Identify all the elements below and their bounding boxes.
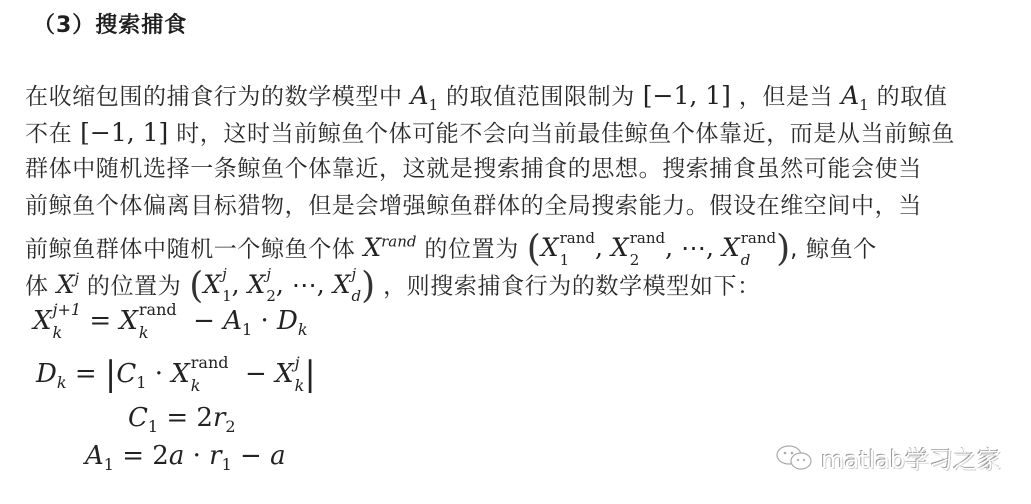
paragraph-line-1: 在收缩包围的捕食行为的数学模型中 A1 的取值范围限制为 [−1, 1] ，但是… xyxy=(25,78,1025,115)
math-rand-vector: (Xrand1, Xrand2, ⋯, Xrandd) xyxy=(527,233,790,262)
wechat-icon xyxy=(775,443,815,473)
equation-4: A1 = 2a · r1 − a xyxy=(85,441,286,474)
math-A1: A1 xyxy=(411,81,439,110)
text-segment: 体 xyxy=(25,273,57,299)
watermark: matlab学习之家 xyxy=(775,440,1001,475)
text-segment: 的位置为 xyxy=(417,236,527,262)
paragraph-line-5: 前鲸鱼群体中随机一个鲸鱼个体 Xrand 的位置为 (Xrand1, Xrand… xyxy=(25,224,1025,261)
paragraph-line-2: 不在 [−1, 1] 时，这时当前鲸鱼个体可能不会向当前最佳鲸鱼个体靠近，而是从… xyxy=(25,115,1025,152)
math-Xj: Xj xyxy=(57,270,79,299)
text-segment: 在收缩包围的捕食行为的数学模型中 xyxy=(25,84,411,110)
text-segment: ，则搜索捕食行为的数学模型如下： xyxy=(375,273,761,299)
text-segment: 不在 xyxy=(25,121,80,147)
section-heading: （3）搜索捕食 xyxy=(33,8,187,39)
text-segment: ，但是当 xyxy=(731,84,841,110)
math-interval: [−1, 1] xyxy=(80,118,168,147)
math-j-vector: (Xj1, Xj2, ⋯, Xjd) xyxy=(189,270,375,299)
equation-3: C1 = 2r2 xyxy=(128,403,236,436)
math-A1: A1 xyxy=(841,81,869,110)
math-X-rand: Xrand xyxy=(363,233,416,262)
paragraph-line-4: 前鲸鱼个体偏离目标猎物，但是会增强鲸鱼群体的全局搜索能力。假设在维空间中，当 xyxy=(25,188,1025,225)
watermark-text: matlab学习之家 xyxy=(821,440,1001,475)
text-segment: , 鲸鱼个 xyxy=(790,236,877,262)
paragraph-line-3: 群体中随机选择一条鲸鱼个体靠近，这就是搜索捕食的思想。搜索捕食虽然可能会使当 xyxy=(25,151,1025,188)
text-segment: 的位置为 xyxy=(79,273,189,299)
body-paragraph: 在收缩包围的捕食行为的数学模型中 A1 的取值范围限制为 [−1, 1] ，但是… xyxy=(25,78,1025,297)
text-segment: 时，这时当前鲸鱼个体可能不会向当前最佳鲸鱼个体靠近，而是从当前鲸鱼 xyxy=(168,121,955,147)
paragraph-line-6: 体 Xj 的位置为 (Xj1, Xj2, ⋯, Xjd) ，则搜索捕食行为的数学… xyxy=(25,261,1025,298)
equation-1: Xj+1k = Xrandk − A1 · Dk xyxy=(33,306,308,339)
text-segment: 的取值 xyxy=(869,84,948,110)
text-segment: 的取值范围限制为 xyxy=(438,84,643,110)
equation-2: Dk = |C1 · Xrandk − Xjk| xyxy=(36,354,316,394)
text-segment: 前鲸鱼群体中随机一个鲸鱼个体 xyxy=(25,236,363,262)
math-interval: [−1, 1] xyxy=(643,81,731,110)
